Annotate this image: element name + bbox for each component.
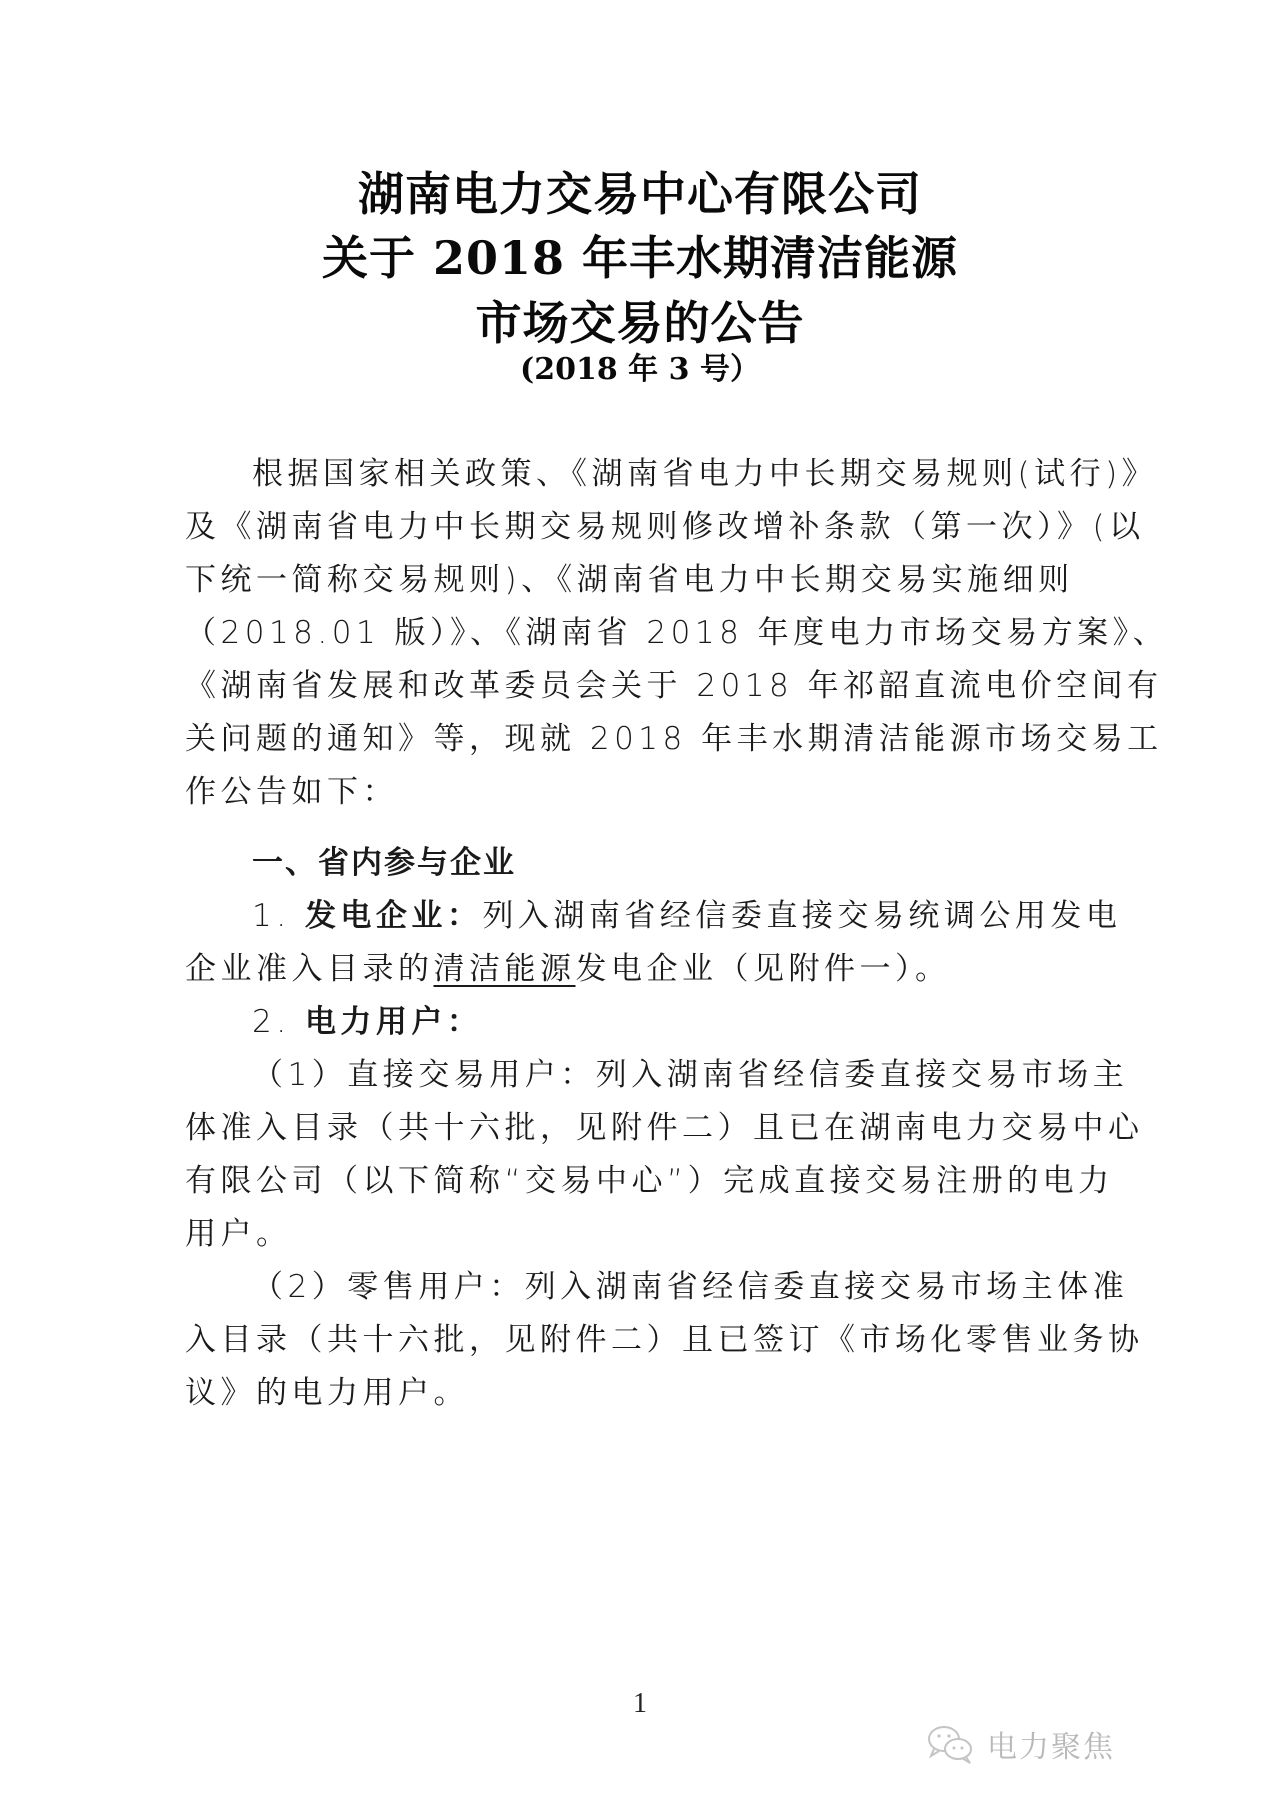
intro-line-2: 及《湖南省电力中长期交易规则修改增补条款（第一次）》(以 (185, 507, 1105, 547)
item-2-heading: 2. 电力用户： (252, 1002, 1172, 1042)
intro-line-3: 下统一简称交易规则)、《湖南省电力中长期交易实施细则 (185, 560, 1105, 600)
intro-line-1: 根据国家相关政策、《湖南省电力中长期交易规则(试行)》 (252, 454, 1172, 494)
intro-line-4: （2018.01 版）》、《湖南省 2018 年度电力市场交易方案》、 (185, 613, 1105, 653)
intro-line-7: 作公告如下： (185, 772, 1105, 812)
watermark: 电力聚焦 (925, 1722, 1115, 1766)
item-2-label: 电力用户： (305, 1004, 483, 1040)
wechat-icon (925, 1722, 977, 1766)
sub-2-line-1: （2）零售用户：列入湖南省经信委直接交易市场主体准 (252, 1267, 1172, 1307)
title-line-2: 关于 2018 年丰水期清洁能源 (0, 222, 1280, 288)
item-2-number: 2. (252, 1004, 291, 1040)
page-number: 1 (633, 1688, 647, 1720)
section-heading: 一、省内参与企业 (252, 843, 1172, 883)
item-1-line-2: 企业准入目录的清洁能源发电企业（见附件一）。 (185, 949, 1105, 989)
clean-energy-underlined: 清洁能源 (434, 951, 576, 987)
document-number: (2018 年 3 号） (0, 344, 1280, 388)
sub-2-line-2: 入目录（共十六批，见附件二）且已签订《市场化零售业务协 (185, 1320, 1105, 1360)
item-1-text-post: 发电企业（见附件一）。 (576, 951, 951, 987)
sub-1-line-3: 有限公司（以下简称“交易中心”）完成直接交易注册的电力 (185, 1161, 1105, 1201)
watermark-text: 电力聚焦 (987, 1722, 1115, 1766)
item-1-label: 发电企业： (305, 898, 483, 934)
title-line-1: 湖南电力交易中心有限公司 (0, 158, 1280, 224)
item-1-line-1: 1. 发电企业：列入湖南省经信委直接交易统调公用发电 (252, 896, 1172, 936)
sub-1-line-1: （1）直接交易用户：列入湖南省经信委直接交易市场主 (252, 1055, 1172, 1095)
intro-line-6: 关问题的通知》等，现就 2018 年丰水期清洁能源市场交易工 (185, 719, 1105, 759)
sub-1-line-4: 用户。 (185, 1214, 1105, 1254)
item-1-text: 列入湖南省经信委直接交易统调公用发电 (482, 898, 1121, 934)
item-1-text-pre: 企业准入目录的 (185, 951, 434, 987)
intro-line-5: 《湖南省发展和改革委员会关于 2018 年祁韶直流电价空间有 (185, 666, 1105, 706)
document-page: 湖南电力交易中心有限公司 关于 2018 年丰水期清洁能源 市场交易的公告 (2… (0, 0, 1280, 1810)
sub-2-line-3: 议》的电力用户。 (185, 1373, 1105, 1413)
item-1-number: 1. (252, 898, 291, 934)
sub-1-line-2: 体准入目录（共十六批，见附件二）且已在湖南电力交易中心 (185, 1108, 1105, 1148)
